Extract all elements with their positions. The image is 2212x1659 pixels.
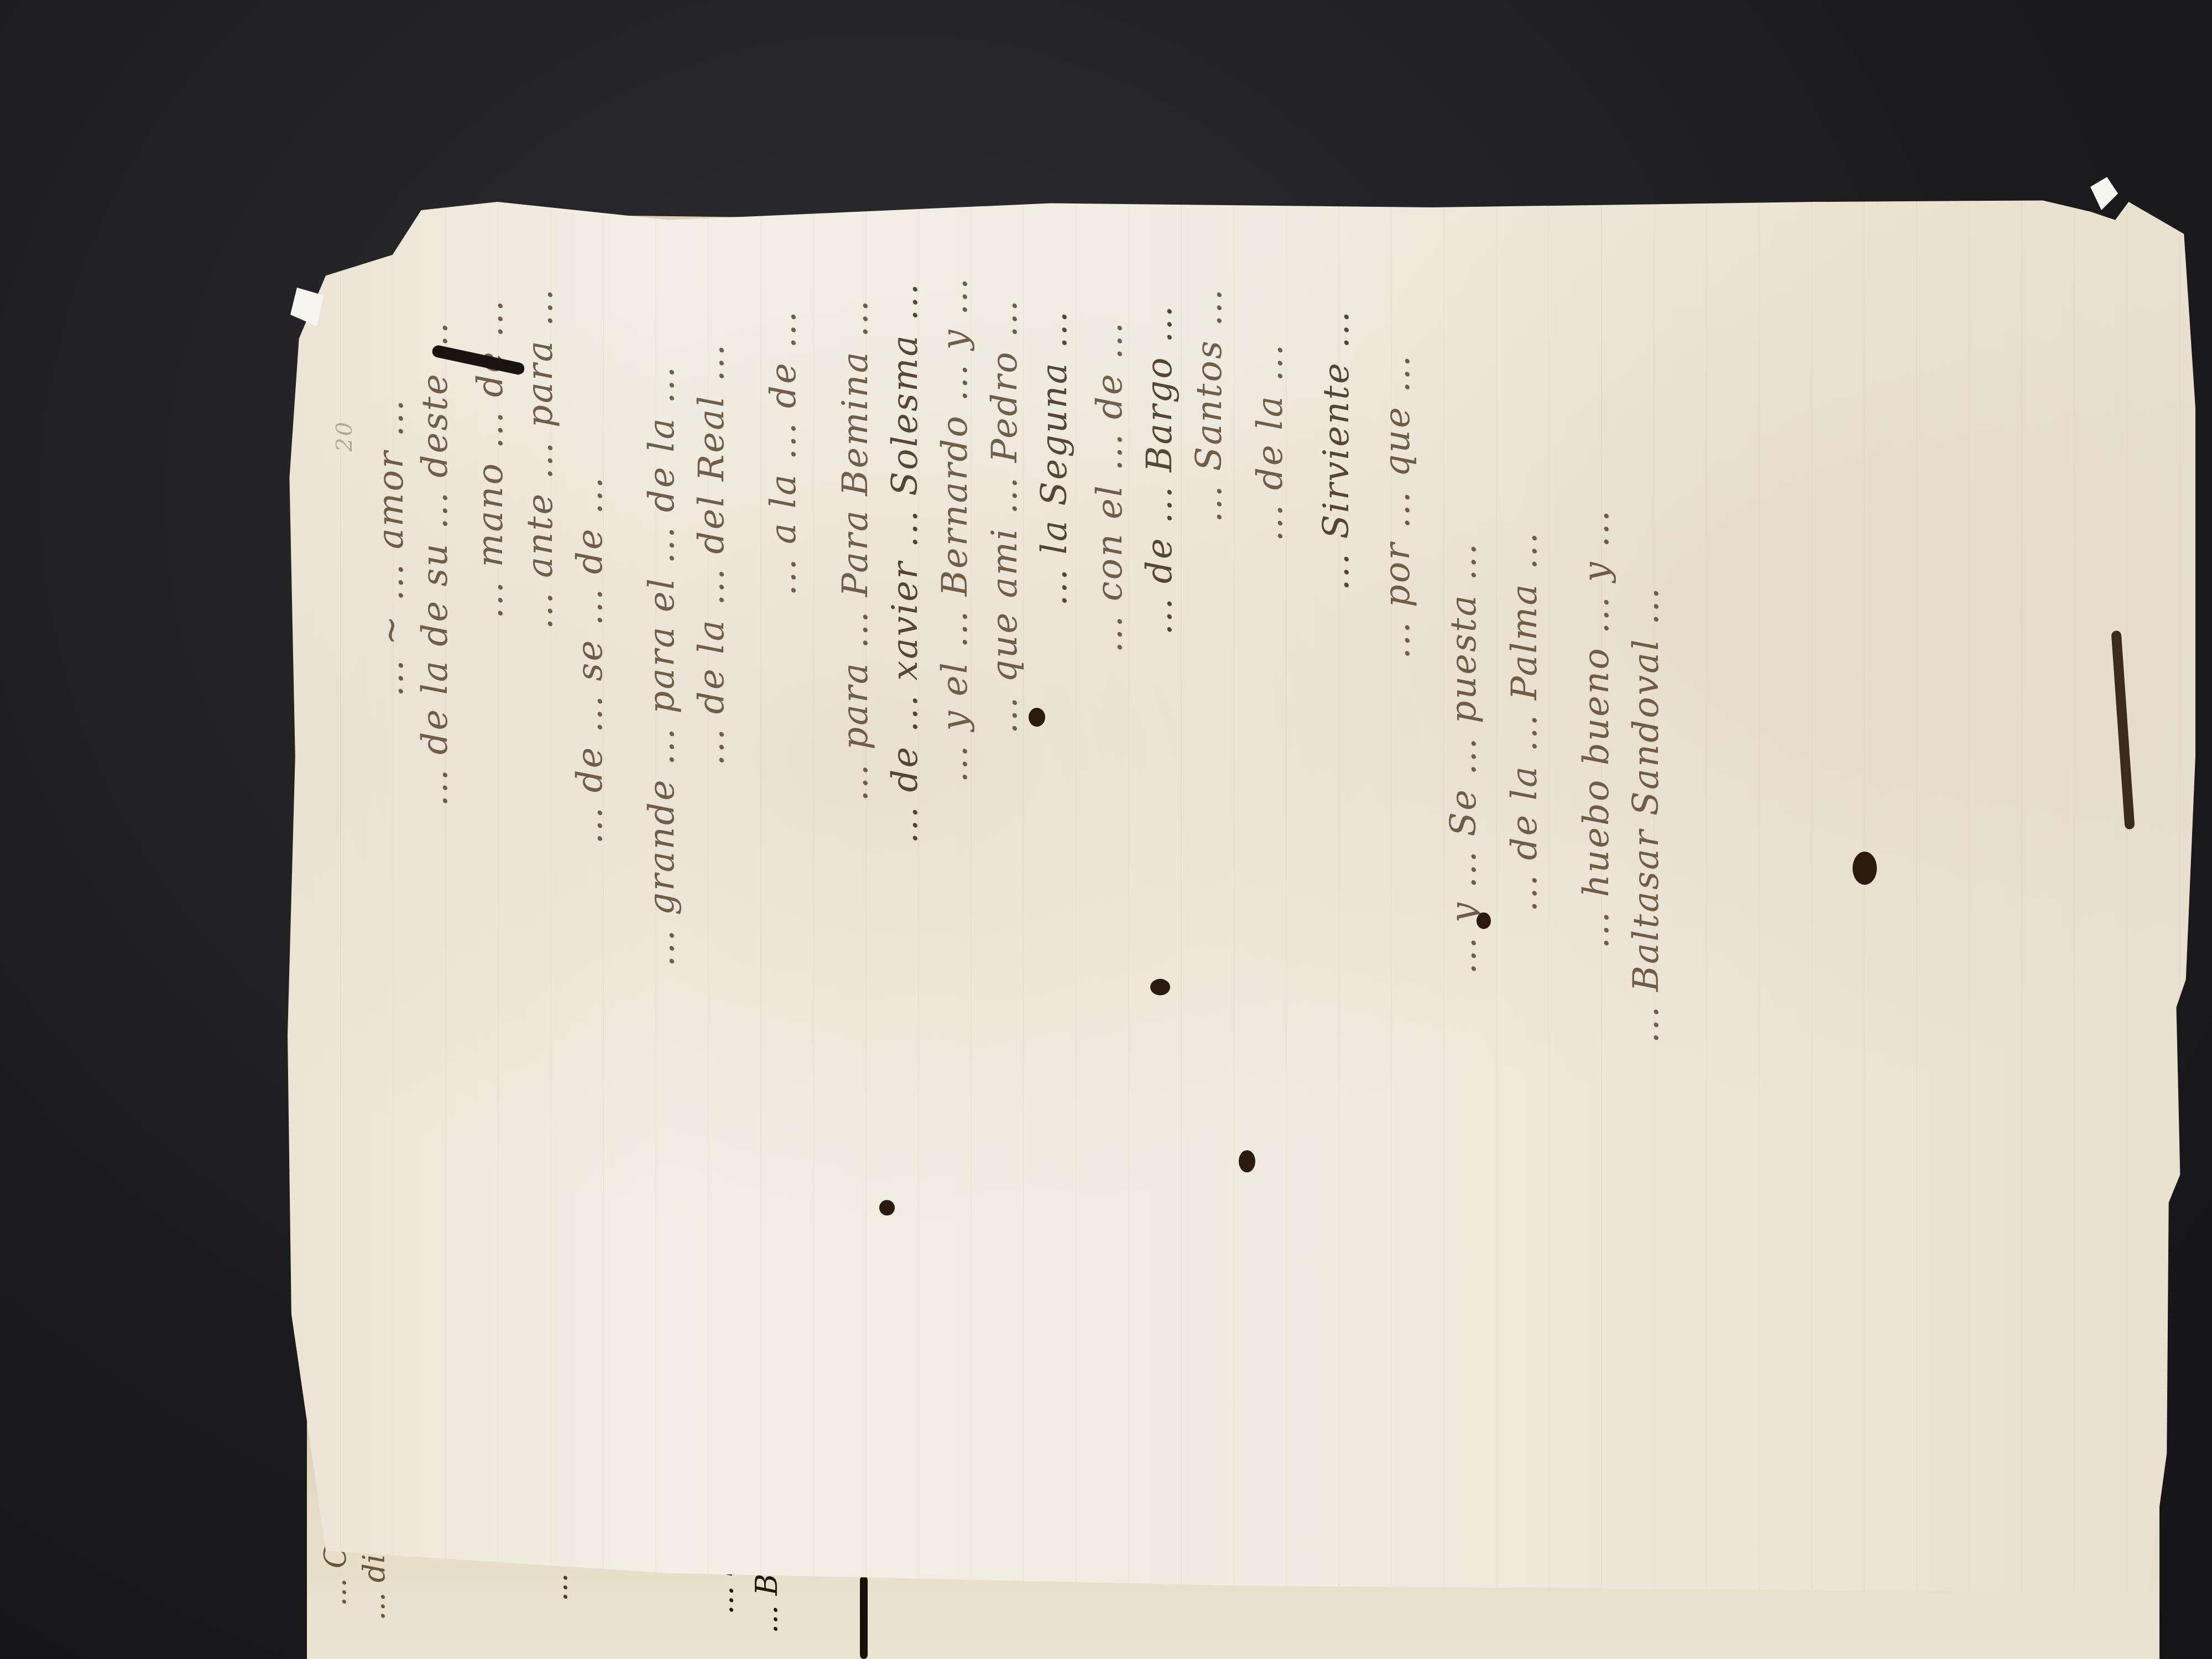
ink-blot <box>1029 708 1045 727</box>
manuscript-line-8: ... a la ... de ... <box>763 310 804 596</box>
manuscript-line-10: ... de ... xavier ... Solesma ... <box>885 282 926 844</box>
manuscript-line-4: ... ante ... para ... <box>520 288 561 629</box>
ink-blot <box>1239 1150 1255 1172</box>
photo-scene: ... Consejo ... ... diciendo ... ... ~ .… <box>0 0 2212 1659</box>
ink-blot <box>879 1200 895 1215</box>
manuscript-line-12: ... que ami ... Pedro ... <box>984 299 1025 734</box>
manuscript-line-1: ... ~ ... amor ... <box>371 398 411 697</box>
page-number: 20 <box>332 420 357 452</box>
ink-blot <box>1150 979 1170 995</box>
torn-fragment <box>2090 177 2118 210</box>
manuscript-line-7: ... de la ... del Real ... <box>691 343 732 766</box>
manuscript-line-14: ... con el ... de ... <box>1089 321 1130 653</box>
manuscript-line-21: ... de la ... Palma ... <box>1504 531 1545 912</box>
manuscript-line-23: ... Baltasar Sandoval ... <box>1626 586 1667 1044</box>
manuscript-line-3: ... mano ... de ... <box>470 299 511 619</box>
manuscript-line-2: ... de la de su ... deste ... <box>415 321 456 806</box>
manuscript-line-6: ... grande ... para el ... de la ... <box>641 365 682 967</box>
manuscript-line-18: ... Sirviente ... <box>1316 310 1357 591</box>
ink-blot <box>1853 852 1877 885</box>
ink-blot <box>1477 912 1491 929</box>
ink-stroke <box>860 1576 868 1659</box>
manuscript-line-9: ... para ... Para Bemina ... <box>835 299 876 801</box>
signature-stroke <box>2111 630 2135 830</box>
manuscript-line-15: ... de ... Bargo ... <box>1139 304 1180 635</box>
manuscript-line-5: ... de ... se ... de ... <box>570 476 611 844</box>
manuscript-line-20: ... y ... Se ... puesta ... <box>1443 542 1484 974</box>
manuscript-line-11: ... y el ... Bernardo ... y ... <box>935 276 975 782</box>
manuscript-page: 20 ... ~ ... amor ... ... de la de su ..… <box>288 199 2195 1593</box>
manuscript-line-16: ... Santos ... <box>1189 288 1230 523</box>
manuscript-line-17: ... de la ... <box>1250 343 1291 542</box>
manuscript-line-13: ... la Seguna ... <box>1034 310 1075 606</box>
manuscript-line-19: ... por ... que ... <box>1377 354 1418 659</box>
manuscript-line-22: ... huebo bueno ... y ... <box>1576 509 1617 949</box>
